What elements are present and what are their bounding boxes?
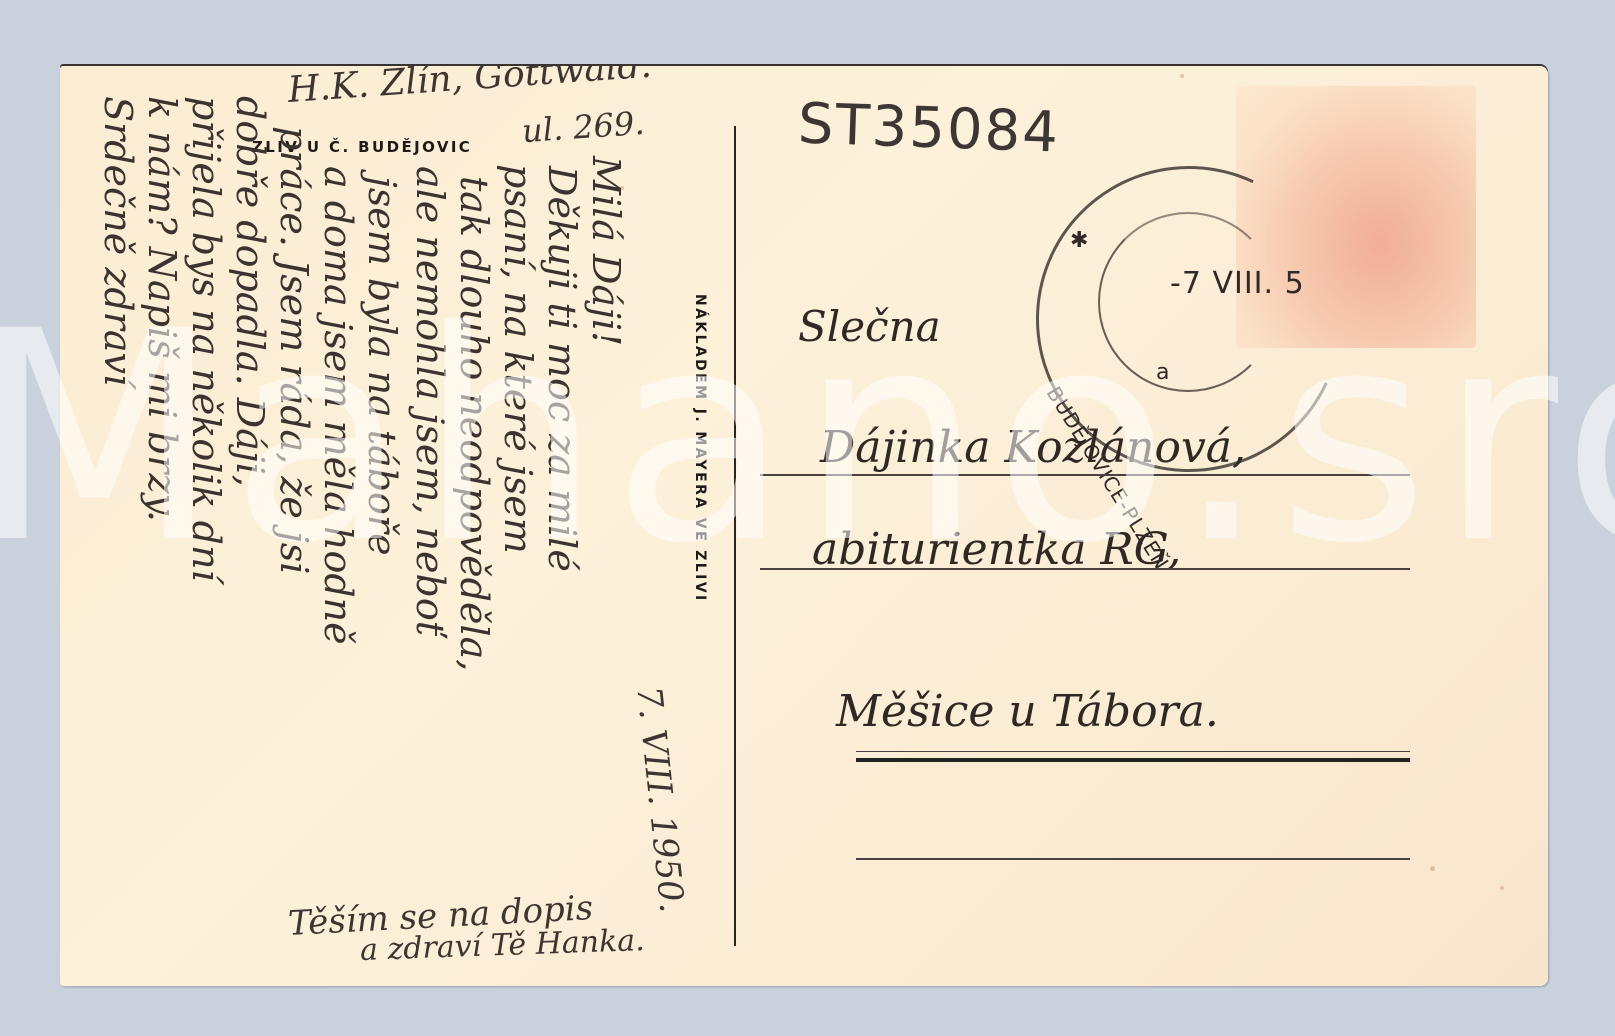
address-line1: Dájinka Kozlánová, [820,422,1246,473]
message-column: psaní, na které jsem [496,164,538,554]
sender-address-line1: H.K. Zlín, Gottwald. [287,66,653,111]
message-column: Milá Dáji! [584,156,626,346]
message-column: přijela bys na několik dní [184,96,226,582]
message-column: dobře dopadla. Dáji, [228,96,270,487]
postmark-date: -7 VIII. 5 [1170,266,1305,301]
inventory-code: ST35084 [797,91,1061,165]
message-column: Srdečně zdraví [96,96,138,386]
message-column: ale nemohla jsem, neboť [408,166,450,636]
address-rule-double [856,758,1410,762]
postcard: ZLIV U Č. BUDĚJOVIC NÁKLADEM J. MAYERA V… [60,66,1548,986]
message-column: práce. Jsem ráda, že jsi [272,126,314,574]
divider-line [734,126,736,946]
postmark-letter: a [1156,360,1170,385]
publisher-imprint: NÁKLADEM J. MAYERA VE ZLIVI [692,294,708,603]
address-rule [856,751,1410,752]
message-column: k nám? Napiš mi brzy. [140,96,182,522]
address-rule [760,568,1410,570]
handwritten-date: 7. VIII. 1950. [628,685,692,915]
address-salutation: Slečna [798,302,941,351]
address-line3: Měšice u Tábora. [836,686,1219,737]
address-rule [856,858,1410,860]
message-column: jsem byla na táboře [360,176,402,556]
message-column: Děkuji ti moc za milé [540,166,582,572]
address-rule [760,474,1410,476]
message-column: a doma jsem měla hodně [316,166,358,645]
postmark-star-icon: ✱ [1070,228,1089,253]
postmark-inner-ring [1098,212,1278,392]
sender-address-line2: ul. 269. [521,104,646,150]
message-column: tak dlouho neodpověděla, [452,176,494,671]
